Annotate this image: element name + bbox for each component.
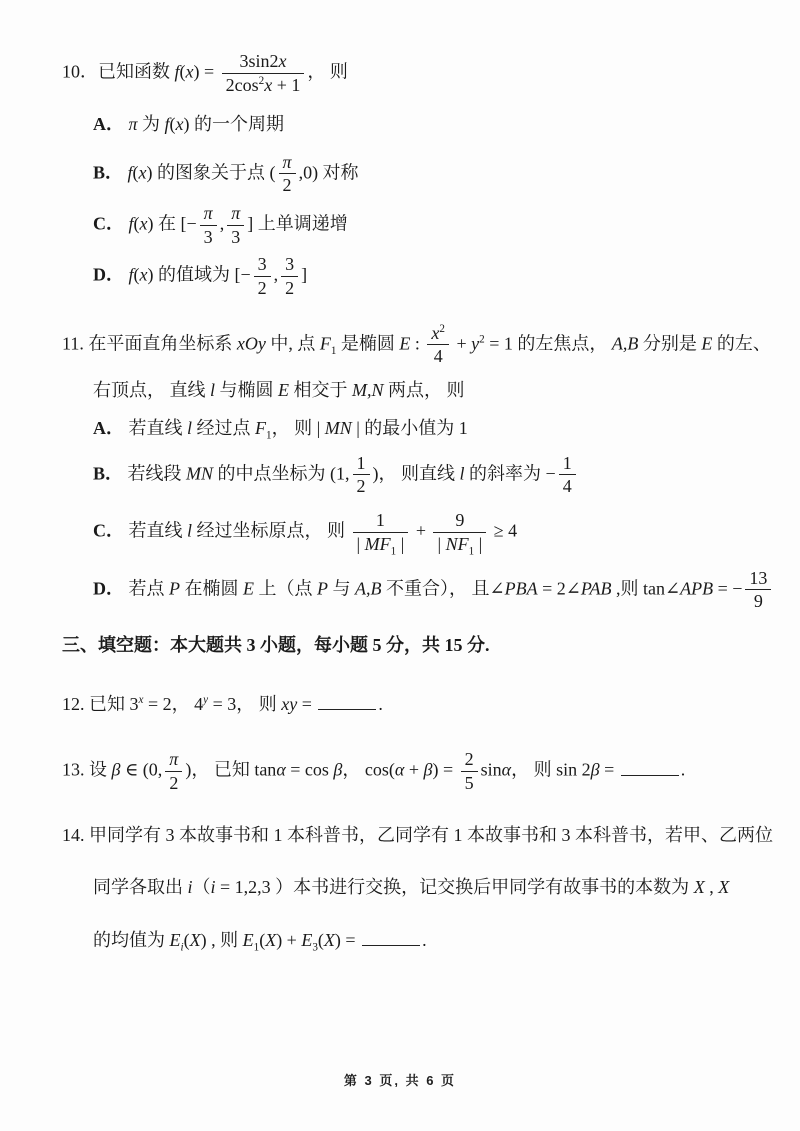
section-3-header: 三、填空题：本大题共 3 小题，每小题 5 分，共 15 分.	[62, 633, 758, 657]
question-11-stem-line1: 11. 在平面直角坐标系 xOy 中, 点 F1 是椭圆 E : x24 + y…	[62, 322, 758, 368]
question-11: 11. 在平面直角坐标系 xOy 中, 点 F1 是椭圆 E : x24 + y…	[62, 322, 758, 613]
question-14-stem-line1: 14. 甲同学有 3 本故事书和 1 本科普书，乙同学有 1 本故事书和 3 本…	[62, 823, 758, 847]
question-13-stem: 13. 设 β ∈ (0,π2)， 已知 tanα = cos β， cos(α…	[62, 748, 758, 794]
question-11-stem-line2: 右顶点， 直线 l 与椭圆 E 相交于 M,N 两点， 则	[93, 378, 758, 402]
question-14-stem-line2: 同学各取出 i（i = 1,2,3 ）本书进行交换，记交换后甲同学有故事书的本数…	[93, 875, 758, 899]
question-14: 14. 甲同学有 3 本故事书和 1 本科普书，乙同学有 1 本故事书和 3 本…	[62, 823, 758, 953]
option-10-C: C． f(x) 在 [−π3,π3] 上单调递增	[93, 202, 758, 248]
exam-page: 10．已知函数 f(x) = 3sin2x2cos2x + 1， 则 A． π …	[0, 0, 800, 1131]
question-10: 10．已知函数 f(x) = 3sin2x2cos2x + 1， 则 A． π …	[62, 50, 758, 300]
question-12-stem: 12. 已知 3x = 2， 4y = 3， 则 xy = .	[62, 691, 758, 716]
option-11-B: B． 若线段 MN 的中点坐标为 (1,12)， 则直线 l 的斜率为 −14	[93, 452, 758, 498]
option-10-B: B． f(x) 的图象关于点 (π2,0) 对称	[93, 151, 758, 197]
option-10-D: D． f(x) 的值域为 [−32,32]	[93, 253, 758, 299]
question-13: 13. 设 β ∈ (0,π2)， 已知 tanα = cos β， cos(α…	[62, 748, 758, 794]
option-11-D: D． 若点 P 在椭圆 E 上（点 P 与 A,B 不重合）， 且∠PBA = …	[93, 567, 758, 613]
question-14-stem-line3: 的均值为 Ei(X) , 则 E1(X) + E3(X) = .	[93, 927, 758, 952]
option-10-A: A． π 为 f(x) 的一个周期	[93, 112, 758, 136]
page-number-footer: 第 3 页, 共 6 页	[0, 1072, 800, 1090]
question-12: 12. 已知 3x = 2， 4y = 3， 则 xy = .	[62, 691, 758, 716]
option-11-C: C． 若直线 l 经过坐标原点， 则 1| MF1 | + 9| NF1 | ≥…	[93, 509, 758, 555]
option-11-A: A． 若直线 l 经过点 F1， 则 | MN | 的最小值为 1	[93, 416, 758, 440]
question-10-stem: 10．已知函数 f(x) = 3sin2x2cos2x + 1， 则	[62, 50, 758, 96]
